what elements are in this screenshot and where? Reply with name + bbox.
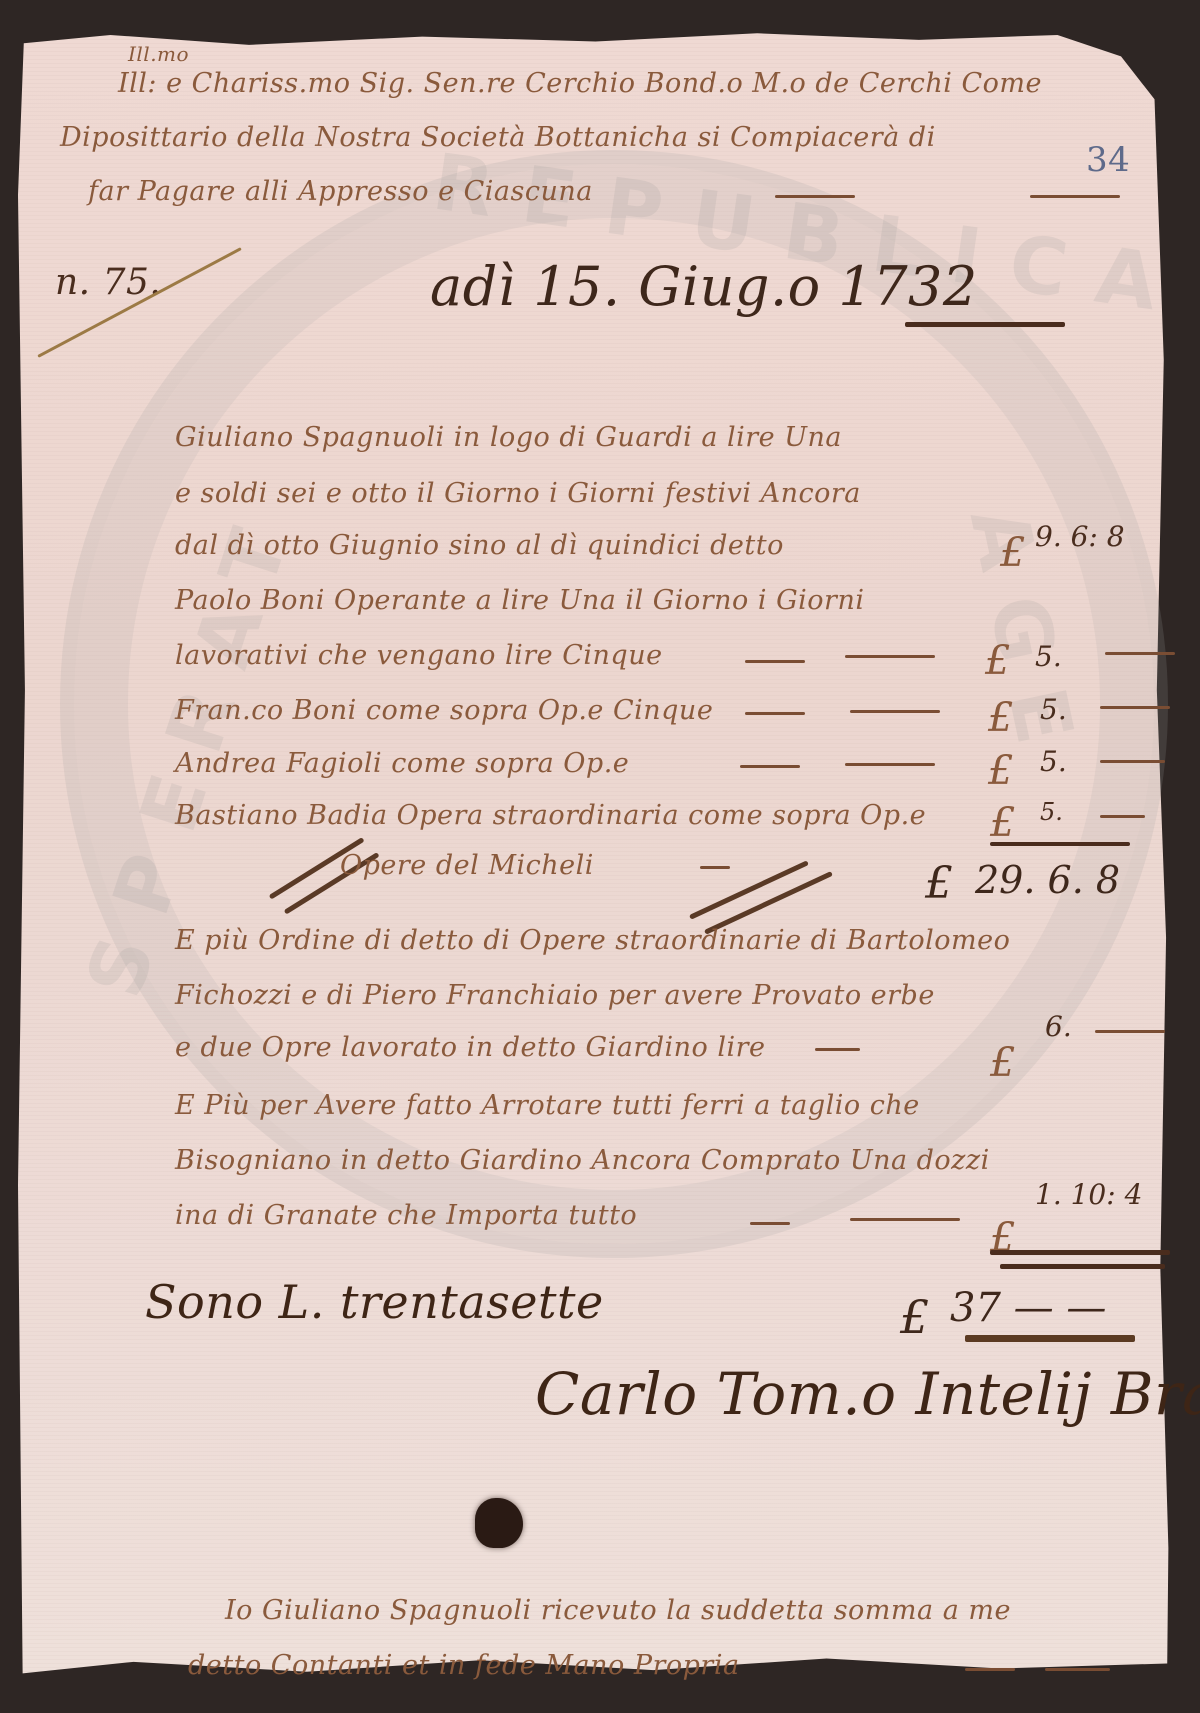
subtotal-amount: 29. 6. 8	[975, 858, 1120, 902]
total-in-words: Sono L. trentasette	[145, 1275, 604, 1329]
total-amount: 37 — —	[950, 1285, 1106, 1331]
filler-dash	[845, 763, 935, 766]
page-number: 34	[1086, 140, 1130, 180]
lira-symbol: £	[988, 748, 1013, 794]
extra-1-amount: 6.	[1045, 1010, 1072, 1043]
extra-2-line-1: E Più per Avere fatto Arrotare tutti fer…	[175, 1090, 920, 1121]
header-superscript: Ill.mo	[128, 42, 189, 66]
entry-5-line: Bastiano Badia Opera straordinaria come …	[175, 800, 926, 831]
extra-2-line-3: ina di Granate che Importa tutto	[175, 1200, 637, 1231]
filler-dash	[845, 655, 935, 658]
entry-2-line-2: lavorativi che vengano lire Cinque	[175, 640, 663, 671]
filler-dash	[1100, 815, 1145, 818]
filler-dash	[850, 1218, 960, 1221]
entry-1-line-3: dal dì otto Giugnio sino al dì quindici …	[175, 530, 784, 561]
filler-dash	[1105, 652, 1175, 655]
entry-2-amount: 5.	[1035, 640, 1062, 673]
ink-blot	[475, 1498, 523, 1548]
subtotal-label: Opere del Micheli	[340, 850, 594, 881]
filler-dash	[745, 660, 805, 663]
lira-symbol: £	[990, 1040, 1015, 1086]
date-line: adì 15. Giug.o 1732	[430, 255, 978, 318]
filler-dash	[700, 866, 730, 869]
filler-dash	[1100, 760, 1165, 763]
lira-symbol: £	[925, 858, 953, 909]
extra-2-amount: 1. 10: 4	[1035, 1178, 1142, 1211]
signature: Carlo Tom.o Intelij Braci	[535, 1360, 1200, 1428]
entry-3-line: Fran.co Boni come sopra Op.e Cinque	[175, 695, 713, 726]
date-underline	[905, 322, 1065, 327]
total-underline	[965, 1335, 1135, 1342]
total-rule	[1000, 1264, 1165, 1269]
entry-1-line-1: Giuliano Spagnuoli in logo di Guardi a l…	[175, 422, 842, 453]
filler-dash	[965, 1668, 1015, 1671]
filler-dash	[750, 1222, 790, 1225]
filler-dash	[740, 765, 800, 768]
lira-symbol: £	[990, 800, 1015, 846]
entry-1-amount: 9. 6: 8	[1035, 520, 1125, 553]
filler-dash	[815, 1048, 860, 1051]
lira-symbol: £	[1000, 530, 1025, 576]
lira-symbol: £	[988, 695, 1013, 741]
receipt-line-1: Io Giuliano Spagnuoli ricevuto la suddet…	[225, 1595, 1011, 1626]
entry-4-amount: 5.	[1040, 745, 1067, 778]
entry-4-line: Andrea Fagioli come sopra Op.e	[175, 748, 629, 779]
lira-symbol: £	[985, 638, 1010, 684]
extra-1-line-1: E più Ordine di detto di Opere straordin…	[175, 925, 1010, 956]
extra-1-line-2: Fichozzi e di Piero Franchiaio per avere…	[175, 980, 935, 1011]
lira-symbol: £	[900, 1290, 929, 1344]
filler-dash	[850, 710, 940, 713]
extra-1-line-3: e due Opre lavorato in detto Giardino li…	[175, 1032, 766, 1063]
filler-dash	[745, 712, 805, 715]
extra-2-line-2: Bisogniano in detto Giardino Ancora Comp…	[175, 1145, 990, 1176]
header-line-2: Diposittario della Nostra Società Bottan…	[60, 122, 936, 153]
header-line-3: far Pagare alli Appresso e Ciascuna	[88, 176, 593, 207]
entry-2-line-1: Paolo Boni Operante a lire Una il Giorno…	[175, 585, 864, 616]
filler-dash	[1100, 706, 1170, 709]
total-rule	[990, 1250, 1170, 1255]
subtotal-rule	[990, 842, 1130, 846]
entry-5-amount: 5.	[1040, 798, 1063, 826]
filler-dash	[1045, 1668, 1110, 1671]
filler-dash	[1030, 195, 1120, 198]
filler-dash	[1095, 1030, 1165, 1033]
header-line-1: Ill: e Chariss.mo Sig. Sen.re Cerchio Bo…	[118, 68, 1042, 99]
entry-1-line-2: e soldi sei e otto il Giorno i Giorni fe…	[175, 478, 861, 509]
receipt-line-2: detto Contanti et in fede Mano Propria	[188, 1650, 740, 1681]
entry-3-amount: 5.	[1040, 693, 1067, 726]
filler-dash	[775, 195, 855, 198]
